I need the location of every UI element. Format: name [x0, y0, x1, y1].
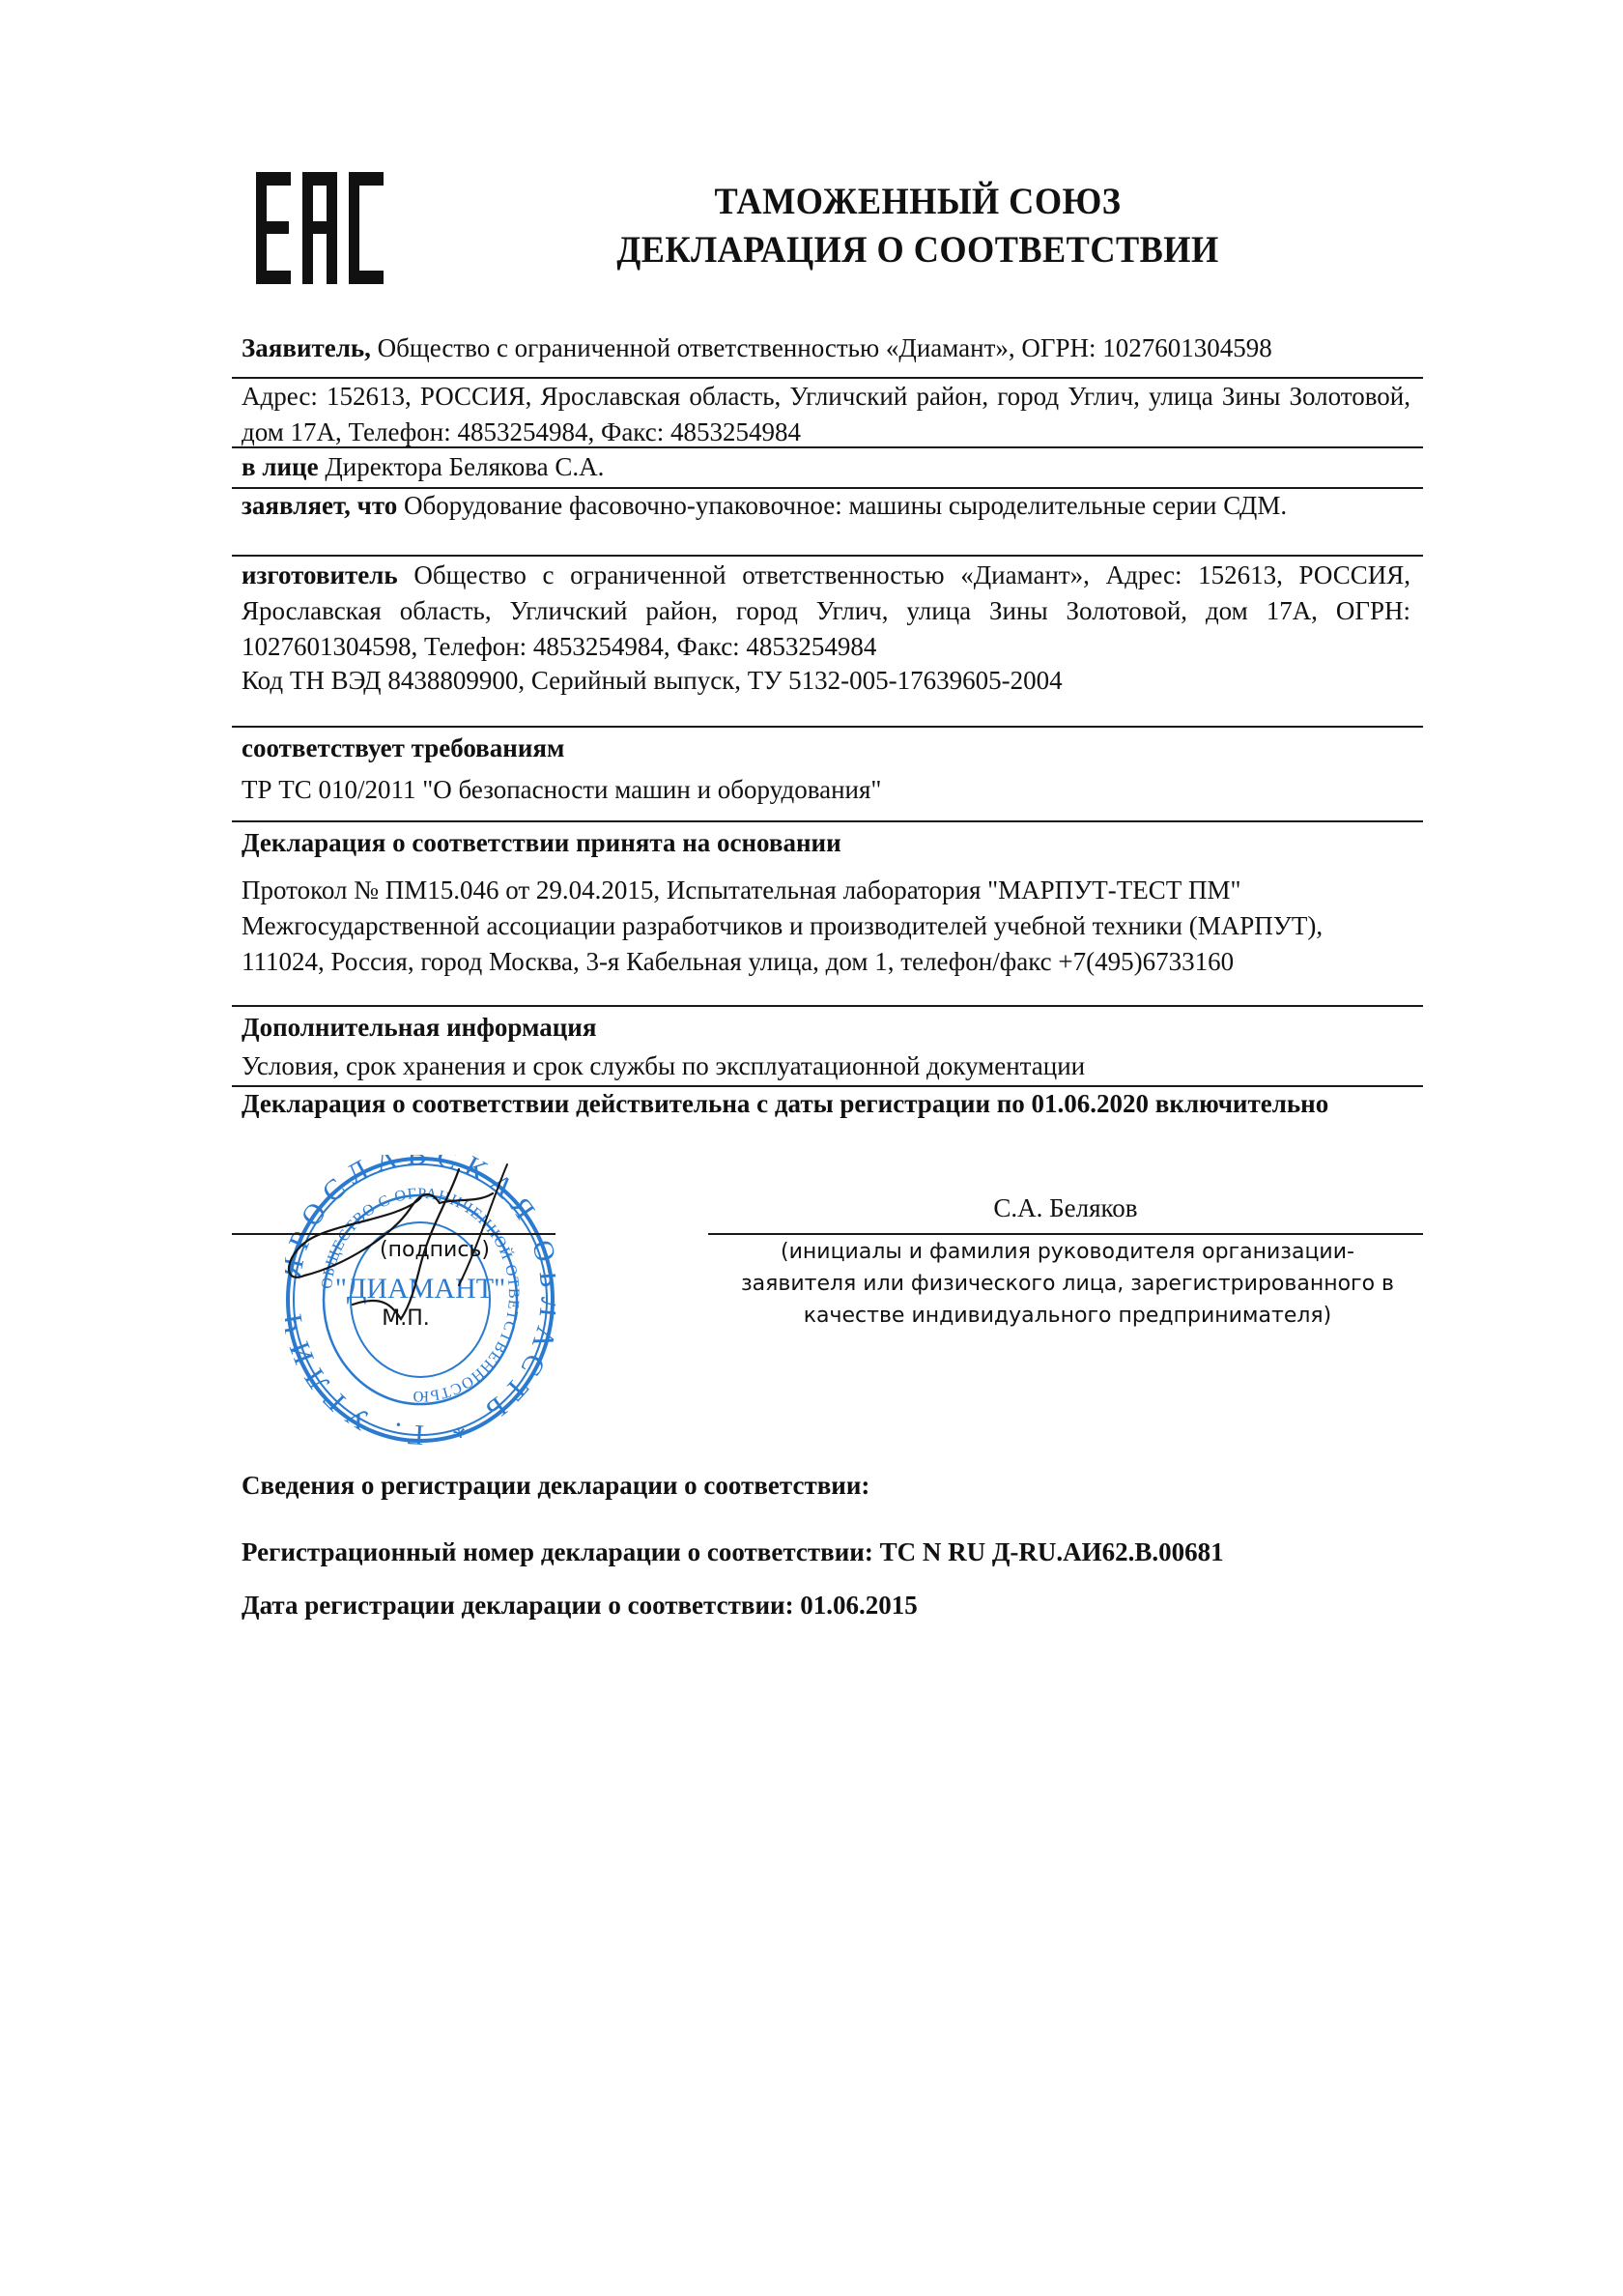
registration-date: Дата регистрации декларации о соответств…	[242, 1588, 918, 1622]
product-code-line: Код ТН ВЭД 8438809900, Серийный выпуск, …	[242, 663, 1410, 699]
handwritten-signature	[285, 1160, 527, 1334]
title-customs-union: ТАМОЖЕННЫЙ СОЮЗ	[567, 178, 1267, 226]
document-title: ТАМОЖЕННЫЙ СОЮЗ ДЕКЛАРАЦИЯ О СООТВЕТСТВИ…	[567, 178, 1267, 274]
declaration-page: ТАМОЖЕННЫЙ СОЮЗ ДЕКЛАРАЦИЯ О СООТВЕТСТВИ…	[0, 0, 1623, 2296]
divider	[232, 820, 1423, 822]
manufacturer-label: изготовитель	[242, 560, 398, 589]
divider	[232, 555, 1423, 557]
additional-info-label: Дополнительная информация	[242, 1010, 1410, 1046]
applicant-value: Общество с ограниченной ответственностью…	[371, 333, 1272, 362]
applicant-label: Заявитель,	[242, 333, 371, 362]
applicant-address: Адрес: 152613, РОССИЯ, Ярославская облас…	[242, 379, 1410, 450]
title-declaration: ДЕКЛАРАЦИЯ О СООТВЕТСТВИИ	[567, 226, 1267, 274]
validity-statement: Декларация о соответствии действительна …	[242, 1086, 1410, 1122]
divider	[232, 1005, 1423, 1007]
declares-row: заявляет, что Оборудование фасовочно-упа…	[242, 488, 1381, 524]
eac-logo-icon	[256, 172, 384, 284]
declares-label: заявляет, что	[242, 491, 397, 520]
registration-heading: Сведения о регистрации декларации о соот…	[242, 1468, 869, 1503]
name-caption: (инициалы и фамилия руководителя организ…	[734, 1236, 1401, 1332]
divider	[232, 446, 1423, 448]
declares-value: Оборудование фасовочно-упаковочное: маши…	[397, 491, 1287, 520]
represented-by-row: в лице Директора Белякова С.А.	[242, 449, 1410, 485]
divider	[232, 726, 1423, 728]
additional-info-value: Условия, срок хранения и срок службы по …	[242, 1048, 1410, 1084]
manufacturer-row: изготовитель Общество с ограниченной отв…	[242, 558, 1410, 665]
applicant-row: Заявитель, Общество с ограниченной ответ…	[242, 330, 1410, 366]
represented-by-label: в лице	[242, 452, 319, 481]
signer-name: С.А. Беляков	[708, 1191, 1423, 1226]
basis-value: Протокол № ПМ15.046 от 29.04.2015, Испыт…	[242, 873, 1372, 980]
registration-number: Регистрационный номер декларации о соотв…	[242, 1535, 1224, 1569]
represented-by-value: Директора Белякова С.А.	[319, 452, 605, 481]
requirements-value: ТР ТС 010/2011 "О безопасности машин и о…	[242, 772, 1410, 808]
requirements-label: соответствует требованиям	[242, 731, 1410, 766]
manufacturer-value: Общество с ограниченной ответственностью…	[242, 560, 1410, 661]
name-line	[708, 1233, 1423, 1235]
basis-label: Декларация о соответствии принята на осн…	[242, 825, 1410, 861]
